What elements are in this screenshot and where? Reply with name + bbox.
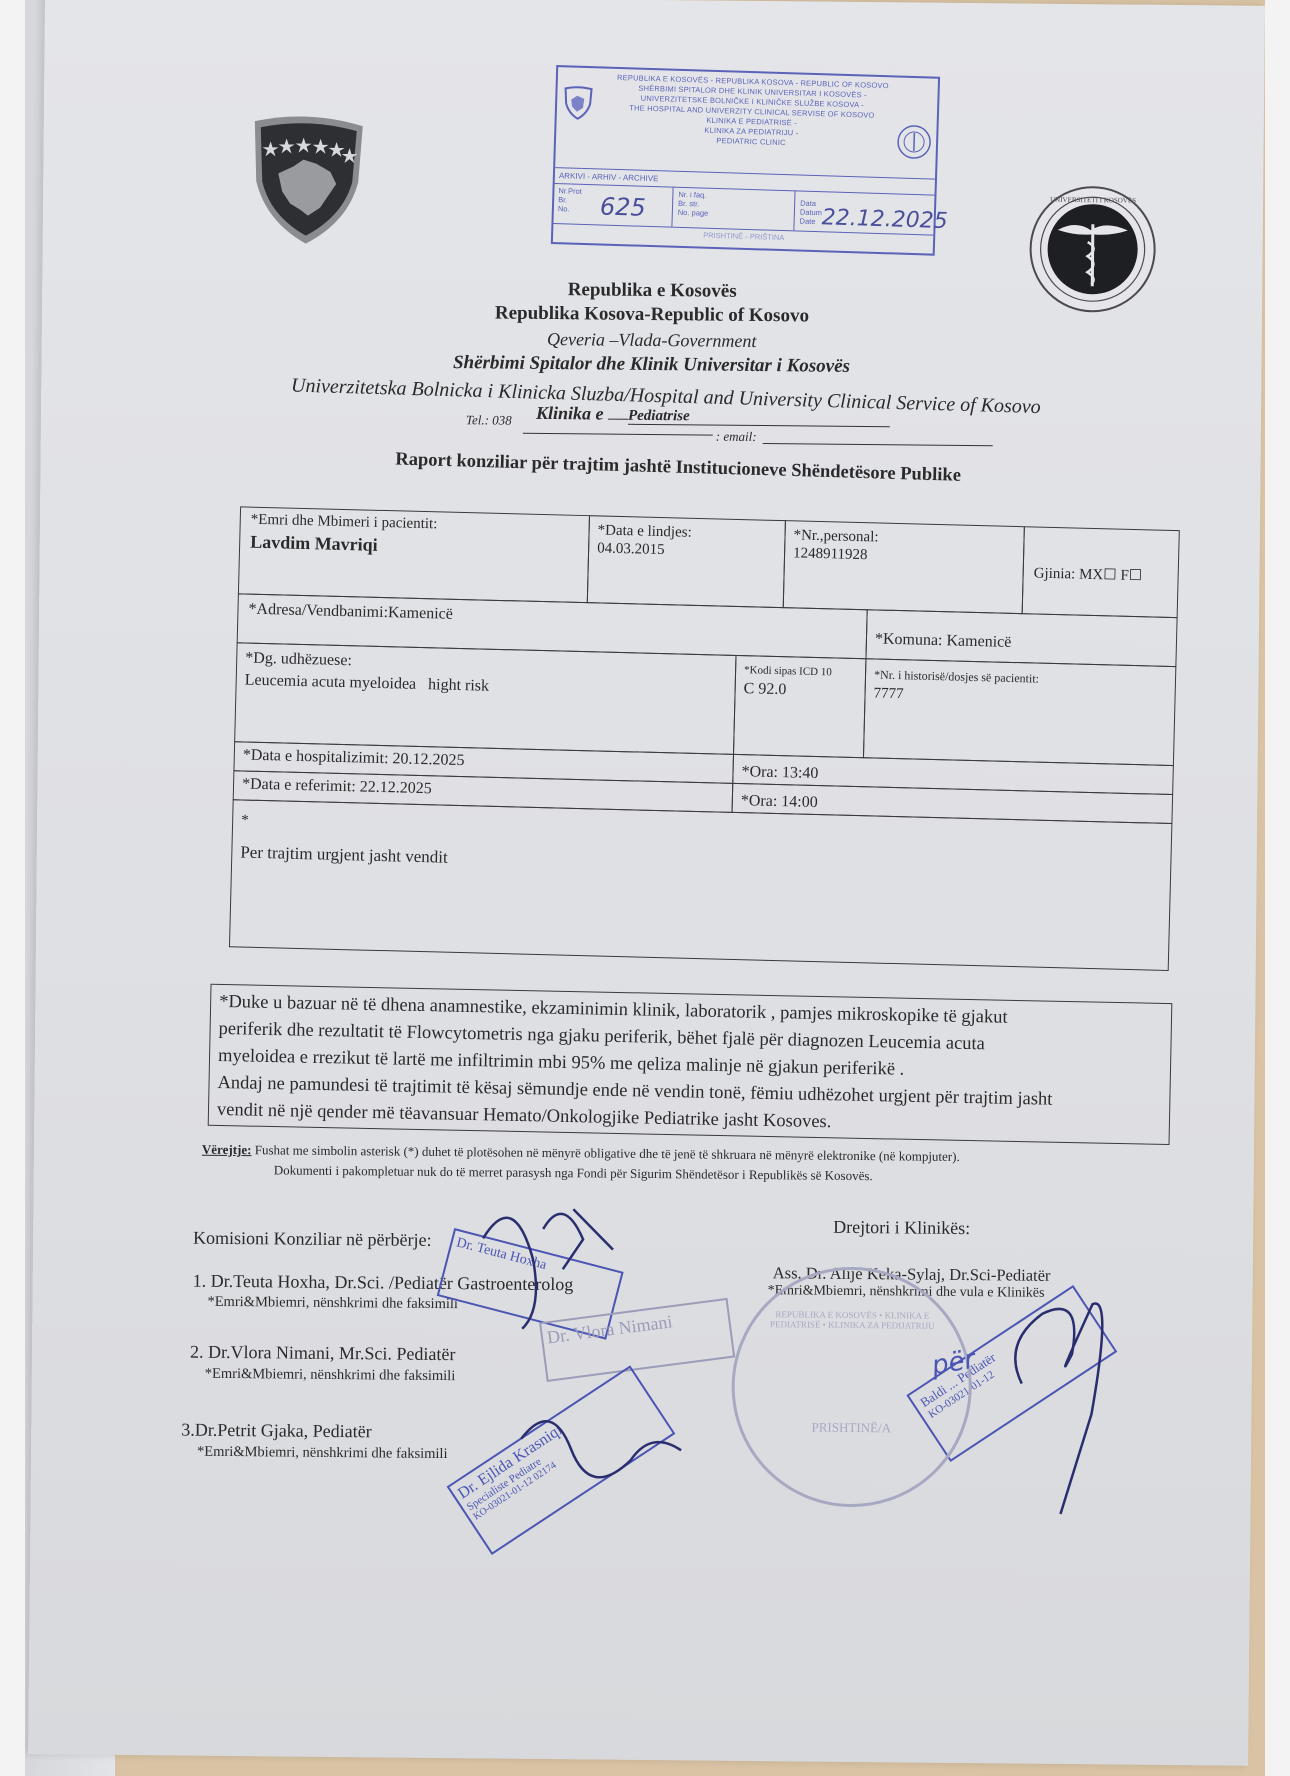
file-number: 7777 bbox=[873, 685, 903, 703]
patient-name: Lavdim Mavriqi bbox=[250, 532, 378, 556]
gender-f-label: F bbox=[1116, 568, 1128, 584]
handwritten-signatures-icon bbox=[451, 1198, 714, 1510]
archive-date: 22.12.2025 bbox=[821, 205, 948, 234]
email-label: : email: bbox=[716, 429, 757, 445]
clinic-seal-ring-text: REPUBLIKA E KOSOVËS • KLINIKA E PEDIATRI… bbox=[735, 1309, 969, 1331]
address-label: *Adresa/Vendbanimi:Kamenicë bbox=[248, 601, 453, 624]
page-label: Nr. i faq. Br. str. No. page bbox=[678, 190, 709, 218]
file-number-label: *Nr. i historisë/dosjes së pacientit: bbox=[874, 667, 1039, 686]
hospitalization-time: *Ora: 13:40 bbox=[741, 763, 818, 783]
referral-time: *Ora: 14:00 bbox=[741, 792, 818, 812]
svg-text:UNIVERSITETI I KOSOVËS: UNIVERSITETI I KOSOVËS bbox=[1050, 196, 1136, 205]
document-photo: UNIVERSITETI I KOSOVËS REPUBLIKA E KOSOV… bbox=[25, 0, 1265, 1776]
gender-cell: Gjinia: MX☐ F☐ bbox=[1022, 526, 1180, 618]
clinic-round-seal: REPUBLIKA E KOSOVËS • KLINIKA E PEDIATRI… bbox=[731, 1266, 973, 1508]
personal-number-cell: *Nr.,personal: 1248911928 bbox=[783, 520, 1025, 614]
member-3-name: 3.Dr.Petrit Gjaka, Pediatër bbox=[181, 1420, 372, 1443]
gender-field: Gjinia: MX☐ F☐ bbox=[1033, 563, 1142, 585]
personal-number-label: *Nr.,personal: bbox=[793, 527, 878, 546]
member-1-subtitle: *Emri&Mbiemri, nënshkrimi dhe faksimili bbox=[207, 1294, 458, 1313]
clinic-line: Klinika e Pediatrise bbox=[536, 403, 890, 427]
reason-cell: * Per trajtim urgjent jasht vendit bbox=[229, 799, 1172, 971]
icd-code: C 92.0 bbox=[743, 680, 786, 699]
date-label: Data Datum Date bbox=[799, 199, 822, 227]
tel-label: Tel.: 038 bbox=[466, 412, 512, 428]
patient-name-label: *Emri dhe Mbimeri i pacientit: bbox=[251, 512, 438, 534]
tel-field bbox=[523, 433, 713, 436]
icd-label: *Kodi sipas ICD 10 bbox=[744, 664, 832, 678]
clinic-prefix: Klinika e bbox=[536, 403, 604, 424]
gender-f-checkbox[interactable]: ☐ bbox=[1129, 568, 1143, 584]
member-2-name: 2. Dr.Vlora Nimani, Mr.Sci. Pediatër bbox=[190, 1342, 456, 1366]
birth-date-cell: *Data e lindjes: 04.03.2015 bbox=[587, 515, 786, 608]
kosovo-emblem-icon bbox=[248, 111, 369, 247]
personal-number: 1248911928 bbox=[793, 545, 868, 564]
birth-date: 04.03.2015 bbox=[597, 540, 665, 559]
clinic-seal-city: PRISHTINË/A bbox=[734, 1419, 968, 1437]
findings-cell: *Duke u bazuar në të dhena anamnestike, … bbox=[208, 984, 1173, 1145]
director-title: Drejtori i Klinikës: bbox=[833, 1217, 970, 1239]
municipality-label: *Komuna: Kamenicë bbox=[875, 630, 1012, 651]
clinic-name: Pediatrise bbox=[628, 408, 890, 428]
member-3-subtitle: *Emri&Mbiemri, nënshkrimi dhe faksimili bbox=[197, 1444, 448, 1463]
reason-asterisk: * bbox=[241, 812, 249, 829]
referral-date: *Data e referimit: 22.12.2025 bbox=[242, 775, 432, 798]
gender-label: Gjinia: MX bbox=[1033, 565, 1103, 583]
icd-cell: *Kodi sipas ICD 10 C 92.0 bbox=[733, 655, 866, 758]
file-number-cell: *Nr. i historisë/dosjes së pacientit: 77… bbox=[863, 658, 1176, 766]
note-label: Vërejtje: bbox=[202, 1142, 252, 1157]
referral-document: UNIVERSITETI I KOSOVËS REPUBLIKA E KOSOV… bbox=[28, 0, 1265, 1766]
stamp-city: PRISHTINË - PRIŠTINA bbox=[703, 231, 785, 242]
patient-name-cell: *Emri dhe Mbimeri i pacientit: Lavdim Ma… bbox=[238, 506, 590, 603]
prot-number: 625 bbox=[600, 192, 647, 221]
reason-text: Per trajtim urgjent jasht vendit bbox=[240, 842, 448, 867]
archive-label: ARKIVI - ARHIV - ARCHIVE bbox=[559, 171, 659, 183]
diagnosis-cell: *Dg. udhëzuese: Leucemia acuta myeloidea… bbox=[234, 642, 736, 755]
gender-m-checkbox[interactable]: ☐ bbox=[1103, 567, 1117, 583]
prot-label: Nr.Prot Br. No. bbox=[558, 186, 582, 214]
diagnosis-value: Leucemia acuta myeloidea hight risk bbox=[244, 672, 489, 696]
member-2-subtitle: *Emri&Mbiemri, nënshkrimi dhe faksimili bbox=[205, 1366, 456, 1385]
commission-title: Komisioni Konziliar në përbërje: bbox=[193, 1228, 432, 1251]
email-field bbox=[763, 443, 993, 446]
director-signature-icon bbox=[990, 1273, 1132, 1534]
diagnosis-label: *Dg. udhëzuese: bbox=[245, 650, 352, 671]
hospitalization-date: *Data e hospitalizimit: 20.12.2025 bbox=[243, 747, 465, 771]
birth-date-label: *Data e lindjes: bbox=[597, 522, 692, 541]
archive-stamp: REPUBLIKA E KOSOVËS - REPUBLIKA KOSOVA -… bbox=[551, 65, 940, 256]
document-title: Raport konziliar për trajtim jashtë Inst… bbox=[395, 450, 961, 487]
municipality-cell: *Komuna: Kamenicë bbox=[865, 609, 1177, 667]
